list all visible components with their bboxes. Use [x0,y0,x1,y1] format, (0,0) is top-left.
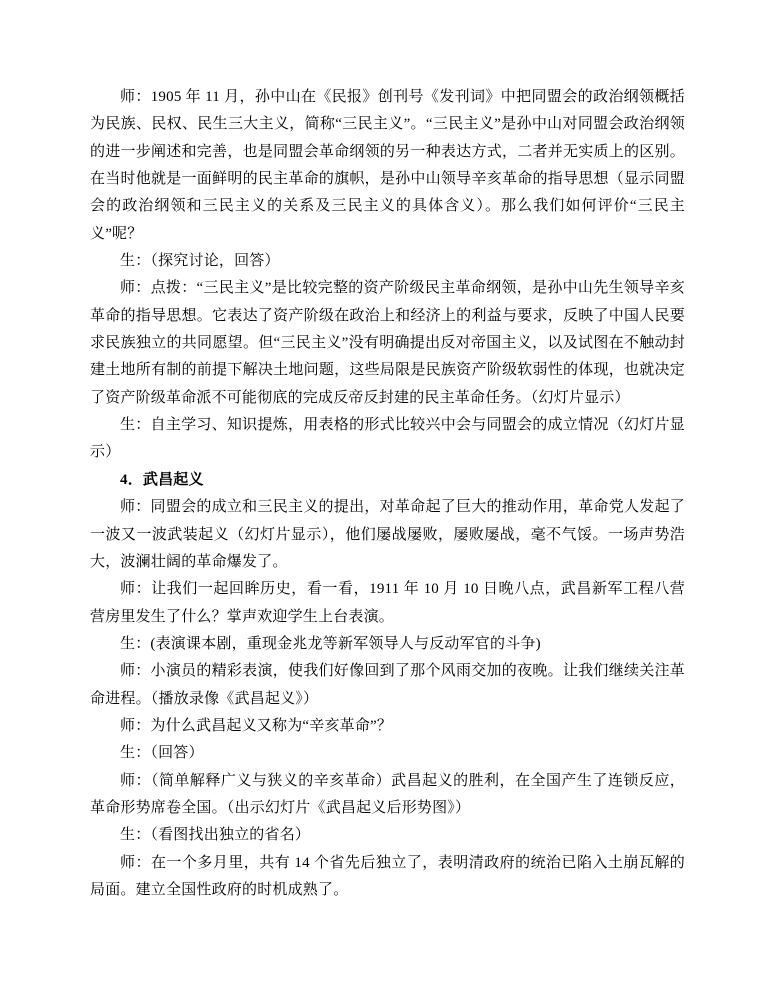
teacher-paragraph-performance-video: 师：小演员的精彩表演，使我们好像回到了那个风雨交加的夜晚。让我们继续关注革命进程… [90,658,685,713]
teacher-paragraph-chain-reaction: 师：（简单解释广义与狭义的辛亥革命）武昌起义的胜利，在全国产生了连锁反应，革命形… [90,768,685,823]
teacher-paragraph-sanminzhuyi-intro: 师：1905 年 11 月，孙中山在《民报》创刊号《发刊词》中把同盟会的政治纲领… [90,84,685,248]
teacher-paragraph-armed-uprisings: 师：同盟会的成立和三民主义的提出，对革命起了巨大的推动作用，革命党人发起了一波又… [90,494,685,576]
student-paragraph-classroom-drama: 生：(表演课本剧，重现金兆龙等新军领导人与反动军官的斗争) [90,631,685,658]
teacher-paragraph-14-provinces: 师：在一个多月里，共有 14 个省先后独立了，表明清政府的统治已陷入土崩瓦解的局… [90,850,685,905]
teacher-paragraph-1911-october-10: 师：让我们一起回眸历史，看一看，1911 年 10 月 10 日晚八点，武昌新军… [90,576,685,631]
student-paragraph-self-study-table: 生：自主学习、知识提炼，用表格的形式比较兴中会与同盟会的成立情况（幻灯片显示） [90,412,685,467]
lesson-plan-text: 师：1905 年 11 月，孙中山在《民报》创刊号《发刊词》中把同盟会的政治纲领… [90,84,685,904]
student-paragraph-answer: 生：（回答） [90,740,685,767]
teacher-paragraph-sanminzhuyi-evaluation: 师：点拨：“三民主义”是比较完整的资产阶级民主革命纲领，是孙中山先生领导辛亥革命… [90,275,685,412]
teacher-paragraph-why-xinhai-question: 师：为什么武昌起义又称为“辛亥革命”？ [90,713,685,740]
student-paragraph-discuss-answer: 生：（探究讨论，回答） [90,248,685,275]
student-paragraph-find-provinces: 生：（看图找出独立的省名） [90,822,685,849]
section-heading-wuchang-uprising: 4．武昌起义 [90,467,685,494]
document-page: 师：1905 年 11 月，孙中山在《民报》创刊号《发刊词》中把同盟会的政治纲领… [0,0,770,1000]
